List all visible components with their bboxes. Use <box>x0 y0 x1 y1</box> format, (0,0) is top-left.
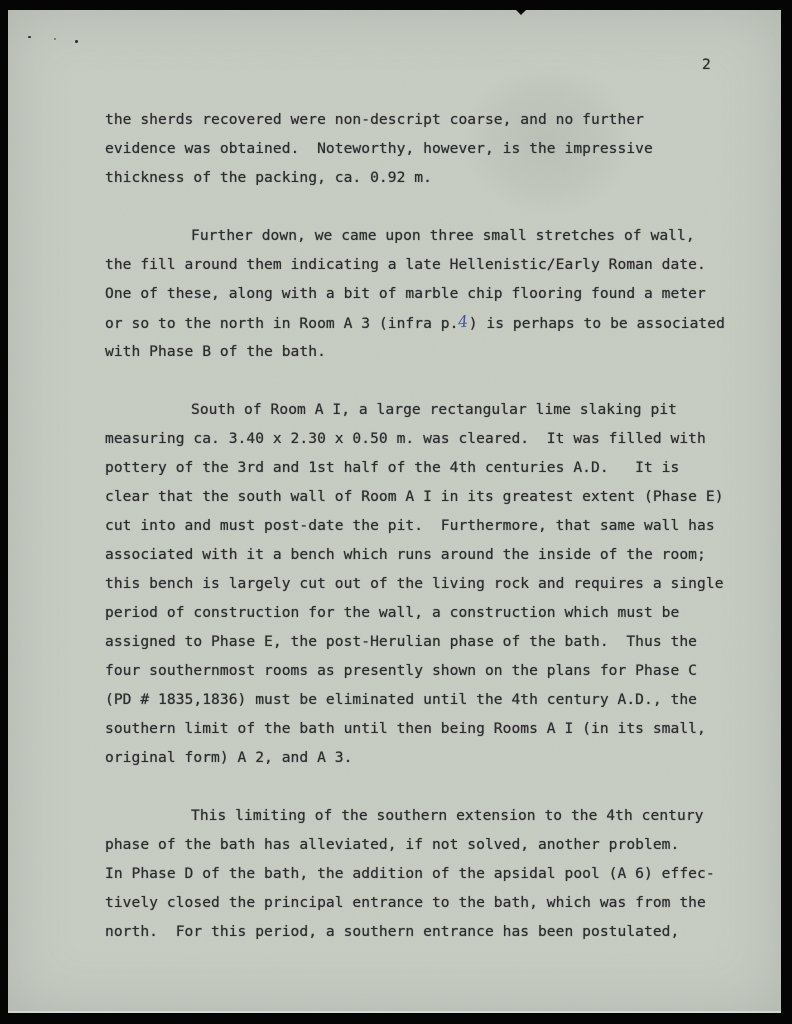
text-line: thickness of the packing, ca. 0.92 m. <box>105 163 765 192</box>
ink-speck <box>28 36 31 38</box>
text-line: One of these, along with a bit of marble… <box>105 279 765 308</box>
text-line: period of construction for the wall, a c… <box>105 598 765 627</box>
handwritten-page-reference: 4 <box>457 307 470 337</box>
text-line: assigned to Phase E, the post-Herulian p… <box>105 627 765 656</box>
text-line: measuring ca. 3.40 x 2.30 x 0.50 m. was … <box>105 424 765 453</box>
typewritten-page: 2 the sherds recovered were non-descript… <box>8 10 781 1013</box>
text-line: this bench is largely cut out of the liv… <box>105 569 765 598</box>
text-line: clear that the south wall of Room A I in… <box>105 482 765 511</box>
paper-edge-notch <box>516 10 526 15</box>
text-line: associated with it a bench which runs ar… <box>105 540 765 569</box>
text-line: South of Room A I, a large rectangular l… <box>105 395 765 424</box>
text-line: In Phase D of the bath, the addition of … <box>105 859 765 888</box>
text-line: Further down, we came upon three small s… <box>105 221 765 250</box>
text-line: four southernmost rooms as presently sho… <box>105 656 765 685</box>
scanned-document-frame: 2 the sherds recovered were non-descript… <box>0 0 792 1024</box>
text-line: north. For this period, a southern entra… <box>105 917 765 946</box>
text-segment: ) is perhaps to be associated <box>469 315 725 332</box>
paragraph-3: South of Room A I, a large rectangular l… <box>105 395 765 772</box>
text-line: pottery of the 3rd and 1st half of the 4… <box>105 453 765 482</box>
text-line: original form) A 2, and A 3. <box>105 743 765 772</box>
text-line: phase of the bath has alleviated, if not… <box>105 830 765 859</box>
ink-speck <box>75 40 78 43</box>
paragraph-1: the sherds recovered were non-descript c… <box>105 105 765 192</box>
text-line: the sherds recovered were non-descript c… <box>105 105 765 134</box>
ink-speck <box>54 38 56 40</box>
text-line: southern limit of the bath until then be… <box>105 714 765 743</box>
text-segment: or so to the north in Room A 3 (infra p. <box>105 315 458 332</box>
text-line: the fill around them indicating a late H… <box>105 250 765 279</box>
paragraph-2: Further down, we came upon three small s… <box>105 221 765 366</box>
text-line-with-annotation: or so to the north in Room A 3 (infra p.… <box>105 308 765 337</box>
text-line: with Phase B of the bath. <box>105 337 765 366</box>
paragraph-4: This limiting of the southern extension … <box>105 801 765 946</box>
page-number: 2 <box>702 56 711 73</box>
text-line: evidence was obtained. Noteworthy, howev… <box>105 134 765 163</box>
page-body-text: the sherds recovered were non-descript c… <box>105 105 765 946</box>
text-line: cut into and must post-date the pit. Fur… <box>105 511 765 540</box>
text-line: This limiting of the southern extension … <box>105 801 765 830</box>
text-line: (PD # 1835,1836) must be eliminated unti… <box>105 685 765 714</box>
text-line: tively closed the principal entrance to … <box>105 888 765 917</box>
